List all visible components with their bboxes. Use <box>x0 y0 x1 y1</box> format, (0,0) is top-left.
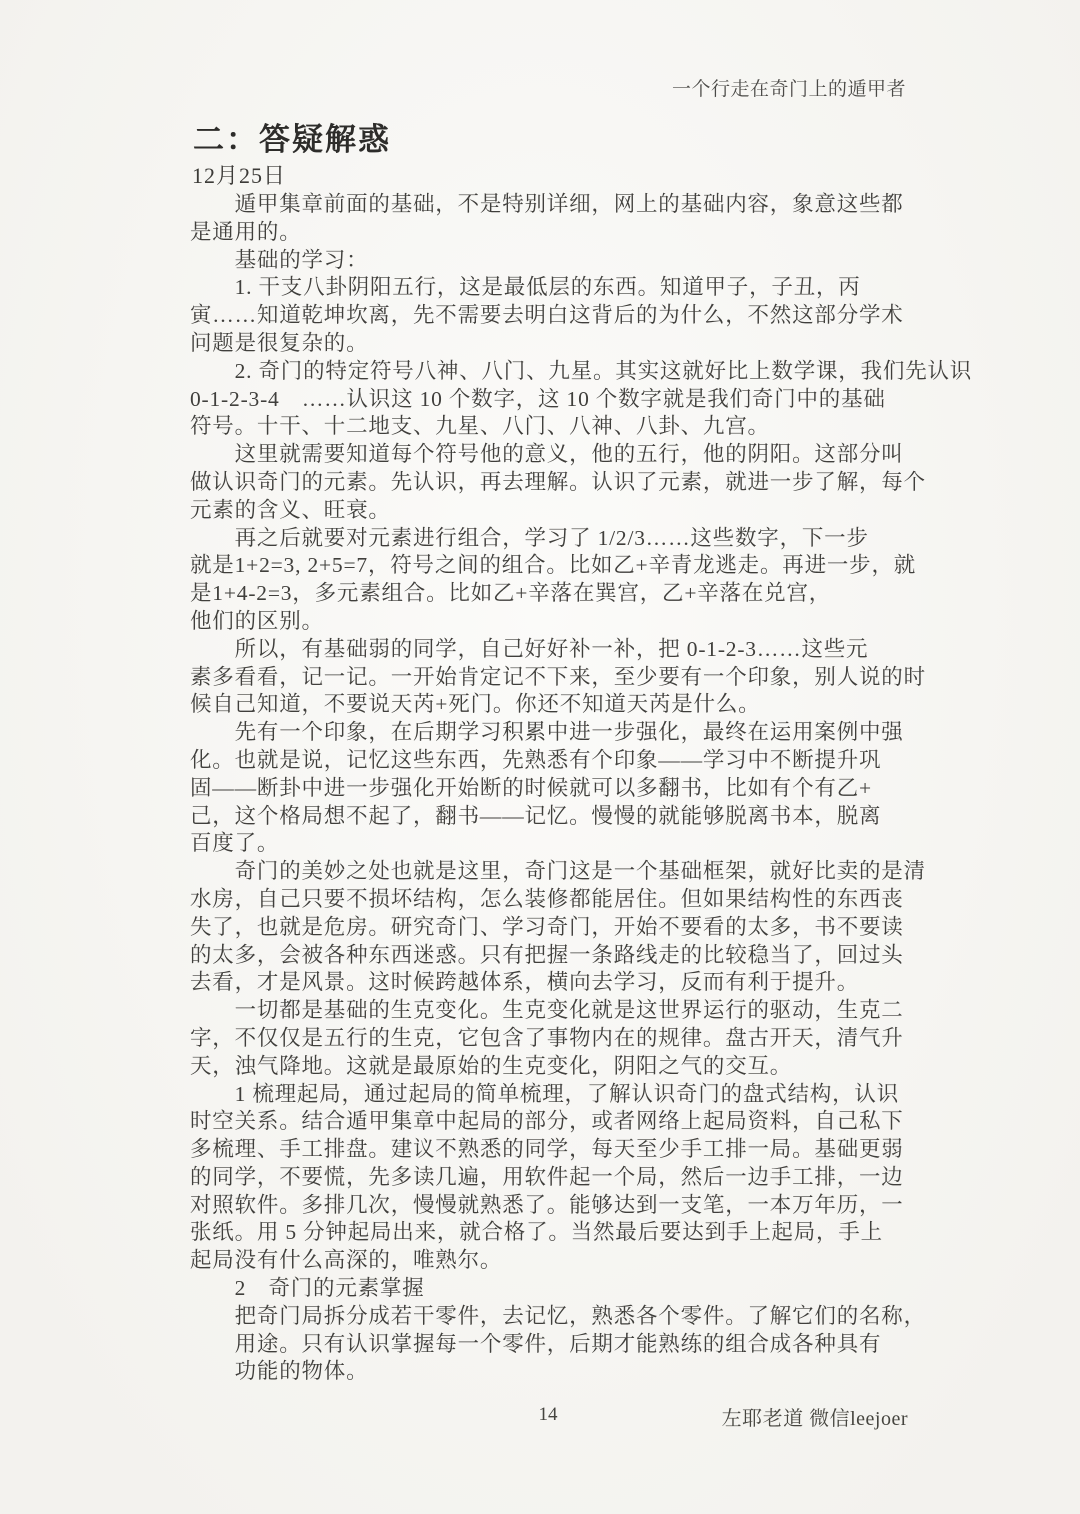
running-header: 一个行走在奇门上的遁甲者 <box>190 74 906 101</box>
body-line: 问题是很复杂的。 <box>190 330 906 358</box>
body-line: 把奇门局拆分成若干零件，去记忆，熟悉各个零件。了解它们的名称， <box>190 1303 906 1331</box>
body-line: 候自己知道，不要说天芮+死门。你还不知道天芮是什么。 <box>190 691 906 719</box>
body-line: 2. 奇门的特定符号八神、八门、九星。其实这就好比上数学课，我们先认识 <box>190 358 906 386</box>
body-line: 字，不仅仅是五行的生克，它包含了事物内在的规律。盘古开天，清气升 <box>190 1025 906 1053</box>
body-line: 0-1-2-3-4 ……认识这 10 个数字，这 10 个数字就是我们奇门中的基… <box>190 386 906 414</box>
body-line: 张纸。用 5 分钟起局出来，就合格了。当然最后要达到手上起局，手上 <box>190 1219 906 1247</box>
body-line: 素多看看，记一记。一开始肯定记不下来，至少要有一个印象，别人说的时 <box>190 664 906 692</box>
body-line: 多梳理、手工排盘。建议不熟悉的同学，每天至少手工排一局。基础更弱 <box>190 1136 906 1164</box>
body-line: 的同学，不要慌，先多读几遍，用软件起一个局，然后一边手工排，一边 <box>190 1164 906 1192</box>
body-line: 奇门的美妙之处也就是这里，奇门这是一个基础框架，就好比卖的是清 <box>190 858 906 886</box>
body-line: 寅……知道乾坤坎离，先不需要去明白这背后的为什么，不然这部分学术 <box>190 302 906 330</box>
body-line: 1 梳理起局，通过起局的简单梳理，了解认识奇门的盘式结构，认识 <box>190 1081 906 1109</box>
body-line: 一切都是基础的生克变化。生克变化就是这世界运行的驱动，生克二 <box>190 997 906 1025</box>
body-line: 固——断卦中进一步强化开始断的时候就可以多翻书，比如有个有乙+ <box>190 775 906 803</box>
body-line: 基础的学习： <box>190 247 906 275</box>
body-line: 去看，才是风景。这时候跨越体系，横向去学习，反而有利于提升。 <box>190 969 906 997</box>
body-line: 遁甲集章前面的基础，不是特别详细，网上的基础内容，象意这些都 <box>190 191 906 219</box>
body-line: 再之后就要对元素进行组合，学习了 1/2/3……这些数字，下一步 <box>190 525 906 553</box>
body-line: 元素的含义、旺衰。 <box>190 497 906 525</box>
body-line: 百度了。 <box>190 830 906 858</box>
body-line: 是1+4-2=3，多元素组合。比如乙+辛落在巽宫，乙+辛落在兑宫， <box>190 580 906 608</box>
body-line: 水房，自己只要不损坏结构，怎么装修都能居住。但如果结构性的东西丧 <box>190 886 906 914</box>
body-line: 他们的区别。 <box>190 608 906 636</box>
body-line: 就是1+2=3, 2+5=7，符号之间的组合。比如乙+辛青龙逃走。再进一步，就 <box>190 552 906 580</box>
body-line: 化。也就是说，记忆这些东西，先熟悉有个印象——学习中不断提升巩 <box>190 747 906 775</box>
body-line: 做认识奇门的元素。先认识，再去理解。认识了元素，就进一步了解，每个 <box>190 469 906 497</box>
section-title: 二：答疑解惑 <box>193 114 391 159</box>
body-line: 起局没有什么高深的，唯熟尔。 <box>190 1247 906 1275</box>
body-line: 符号。十干、十二地支、九星、八门、八神、八卦、九宫。 <box>190 413 906 441</box>
body-text: 遁甲集章前面的基础，不是特别详细，网上的基础内容，象意这些都是通用的。 基础的学… <box>190 191 906 1386</box>
body-line: 用途。只有认识掌握每一个零件，后期才能熟练的组合成各种具有 <box>190 1331 906 1359</box>
body-line: 己，这个格局想不起了，翻书——记忆。慢慢的就能够脱离书本，脱离 <box>190 803 906 831</box>
body-line: 所以，有基础弱的同学，自己好好补一补，把 0-1-2-3……这些元 <box>190 636 906 664</box>
body-line: 天，浊气降地。这就是最原始的生克变化，阴阳之气的交互。 <box>190 1053 906 1081</box>
body-line: 这里就需要知道每个符号他的意义，他的五行，他的阴阳。这部分叫 <box>190 441 906 469</box>
document-page: 一个行走在奇门上的遁甲者 二：答疑解惑 12月25日 遁甲集章前面的基础，不是特… <box>0 0 1080 1514</box>
body-line: 的太多，会被各种东西迷惑。只有把握一条路线走的比较稳当了，回过头 <box>190 942 906 970</box>
body-line: 先有一个印象，在后期学习积累中进一步强化，最终在运用案例中强 <box>190 719 906 747</box>
footer-credit: 左耶老道 微信leejoer <box>480 1402 908 1431</box>
body-line: 对照软件。多排几次，慢慢就熟悉了。能够达到一支笔，一本万年历，一 <box>190 1192 906 1220</box>
body-line: 功能的物体。 <box>190 1358 906 1386</box>
date-line: 12月25日 <box>192 159 286 190</box>
body-line: 2 奇门的元素掌握 <box>190 1275 906 1303</box>
body-line: 是通用的。 <box>190 219 906 247</box>
body-line: 失了，也就是危房。研究奇门、学习奇门，开始不要看的太多，书不要读 <box>190 914 906 942</box>
body-line: 时空关系。结合遁甲集章中起局的部分，或者网络上起局资料，自己私下 <box>190 1108 906 1136</box>
body-line: 1. 干支八卦阴阳五行，这是最低层的东西。知道甲子，子丑，丙 <box>190 274 906 302</box>
